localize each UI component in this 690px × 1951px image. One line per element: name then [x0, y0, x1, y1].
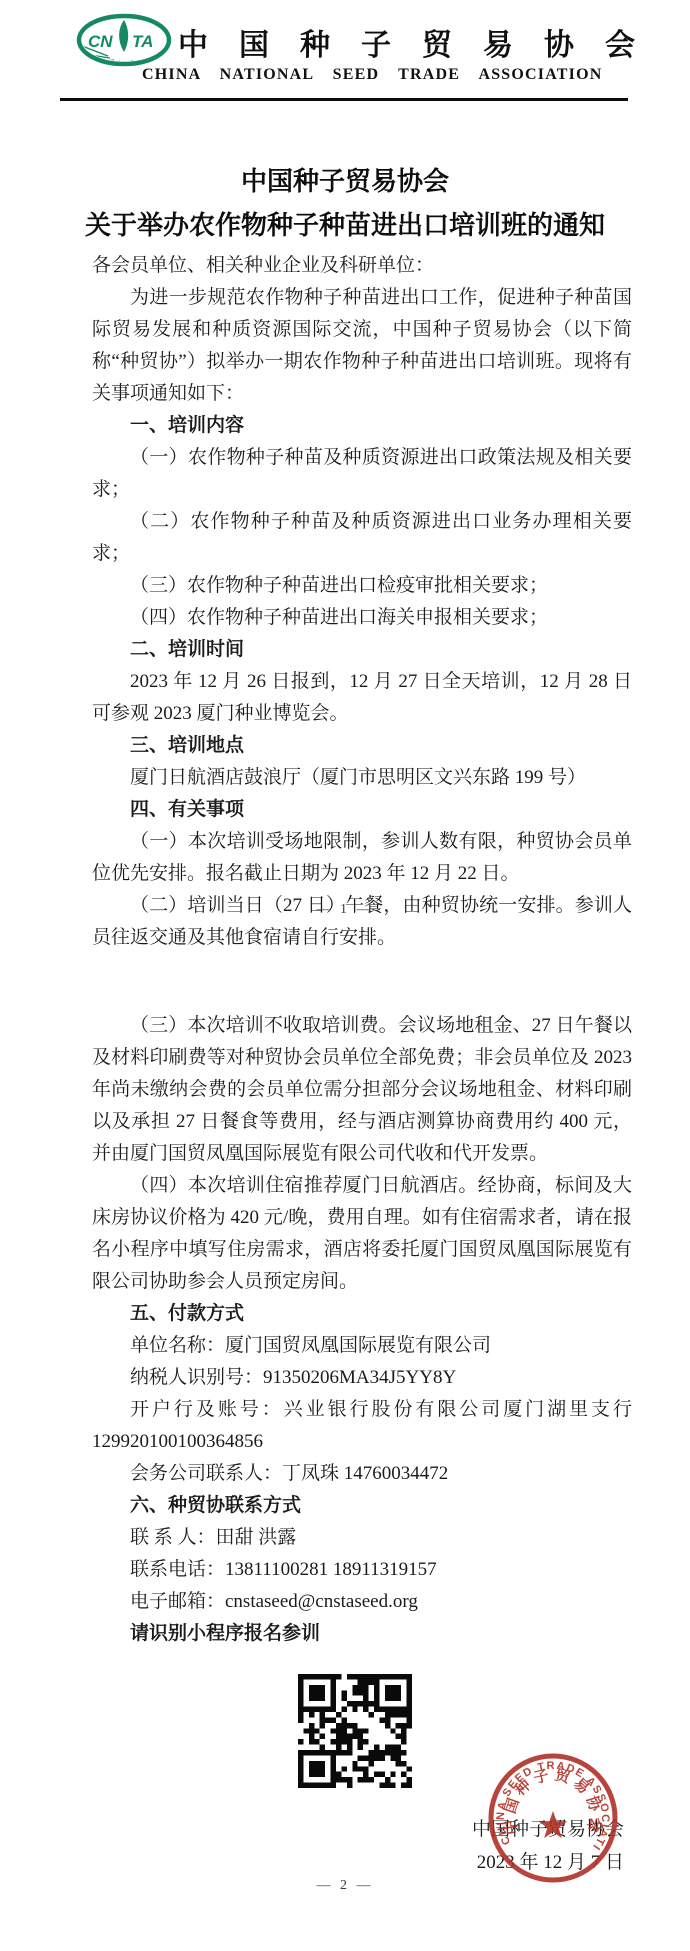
paragraph: 电子邮箱：cnstaseed@cnstaseed.org: [92, 1586, 632, 1618]
cnsta-logo-icon: CN TA: [74, 12, 176, 72]
paragraph: 开户行及账号：兴业银行股份有限公司厦门湖里支行 1299201001003648…: [92, 1394, 632, 1458]
paragraph: （三）农作物种子种苗进出口检疫审批相关要求；: [92, 570, 632, 602]
section-heading: 三、培训地点: [92, 730, 632, 762]
logo-letters-ta: TA: [132, 32, 153, 51]
page-2-number: — 2 —: [0, 1878, 690, 1894]
document-title: 中国种子贸易协会 关于举办农作物种子种苗进出口培训班的通知: [0, 160, 690, 248]
paragraph: 纳税人识别号：91350206MA34J5YY8Y: [92, 1362, 632, 1394]
logo-letters-cn: CN: [88, 32, 113, 51]
paragraph: （二）农作物种子种苗及种质资源进出口业务办理相关要求；: [92, 506, 632, 570]
official-seal-icon: CHINA SEED TRADE ASSOCIATION 中国种子贸易协会: [483, 1748, 623, 1888]
paragraph: 2023 年 12 月 26 日报到，12 月 27 日全天培训，12 月 28…: [92, 666, 632, 730]
paragraph: （二）培训当日（27 日）午餐，由种贸协统一安排。参训人员往返交通及其他食宿请自…: [92, 890, 632, 954]
org-name-chinese: 中国种子贸易协会: [178, 20, 666, 64]
paragraph: （三）本次培训不收取培训费。会议场地租金、27 日午餐以及材料印刷费等对种贸协会…: [92, 1010, 632, 1170]
document-title-line1: 中国种子贸易协会: [0, 160, 690, 204]
paragraph: 单位名称：厦门国贸凤凰国际展览有限公司: [92, 1330, 632, 1362]
header-divider: [60, 98, 628, 101]
paragraph: 联系电话：13811100281 18911319157: [92, 1554, 632, 1586]
page-1-number: — 1 —: [0, 902, 690, 918]
page-1-body: 各会员单位、相关种业企业及科研单位：为进一步规范农作物种子种苗进出口工作，促进种…: [92, 250, 632, 954]
paragraph: 会务公司联系人：丁凤珠 14760034472: [92, 1458, 632, 1490]
section-heading: 四、有关事项: [92, 794, 632, 826]
paragraph: 为进一步规范农作物种子种苗进出口工作，促进种子种苗国际贸易发展和种质资源国际交流…: [92, 282, 632, 410]
paragraph: 联 系 人：田甜 洪露: [92, 1522, 632, 1554]
paragraph: 各会员单位、相关种业企业及科研单位：: [92, 250, 632, 282]
page-2-body: （三）本次培训不收取培训费。会议场地租金、27 日午餐以及材料印刷费等对种贸协会…: [92, 1010, 632, 1650]
paragraph: （四）本次培训住宿推荐厦门日航酒店。经协商，标间及大床房协议价格为 420 元/…: [92, 1170, 632, 1298]
paragraph: 请识别小程序报名参训: [92, 1618, 632, 1650]
org-name-english: CHINA NATIONAL SEED TRADE ASSOCIATION: [142, 66, 603, 84]
paragraph: （四）农作物种子种苗进出口海关申报相关要求；: [92, 602, 632, 634]
leaf-icon: [119, 20, 128, 52]
paragraph: 厦门日航酒店鼓浪厅（厦门市思明区文兴东路 199 号）: [92, 762, 632, 794]
section-heading: 一、培训内容: [92, 410, 632, 442]
section-heading: 五、付款方式: [92, 1298, 632, 1330]
section-heading: 二、培训时间: [92, 634, 632, 666]
paragraph: （一）农作物种子种苗及种质资源进出口政策法规及相关要求；: [92, 442, 632, 506]
section-heading: 六、种贸协联系方式: [92, 1490, 632, 1522]
qr-code-icon: [298, 1674, 412, 1788]
star-icon: [539, 1811, 568, 1838]
paragraph: （一）本次培训受场地限制，参训人数有限，种贸协会员单位优先安排。报名截止日期为 …: [92, 826, 632, 890]
document-title-line2: 关于举办农作物种子种苗进出口培训班的通知: [0, 204, 690, 248]
